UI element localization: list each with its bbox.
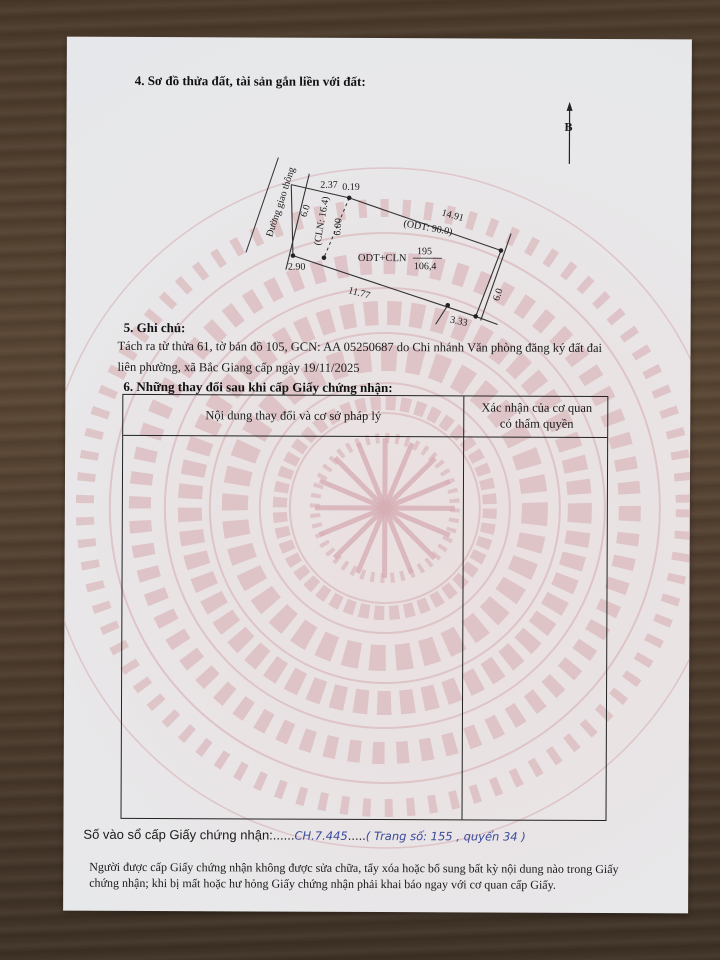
zone-odt: (ODT: 90.0) xyxy=(403,218,454,238)
note-line-2: liên phường, xã Bắc Giang cấp ngày 19/11… xyxy=(117,360,359,376)
column-header-confirmation-line-1: Xác nhận của cơ quan xyxy=(464,399,609,416)
dim-inner-split: 6.00 xyxy=(332,218,345,236)
dim-right-edge: 6.0 xyxy=(491,287,505,302)
north-label: B xyxy=(564,120,572,134)
dim-top-long: 14.91 xyxy=(440,208,465,225)
handwritten-page-book: ( Trang số: 155 , quyển 34 ) xyxy=(366,829,526,844)
north-arrow-icon: B xyxy=(564,102,572,164)
dim-bottom-short: 2.90 xyxy=(288,262,306,273)
dots: ...... xyxy=(273,828,295,843)
dim-bottom-long: 11.77 xyxy=(347,285,371,301)
table-header-divider xyxy=(123,435,607,438)
column-header-confirmation-line-2: có thẩm quyền xyxy=(464,415,609,432)
section-5-title: 5. Ghi chú: xyxy=(124,320,186,336)
parcel-area: 106,4 xyxy=(414,261,437,272)
table-column-divider xyxy=(461,396,464,819)
registration-number-line: Số vào sổ cấp Giấy chứng nhận:......CH.7… xyxy=(83,827,525,844)
land-certificate-page: 4. Sơ đồ thửa đất, tài sản gắn liền với … xyxy=(63,37,692,914)
note-line-1: Tách ra từ thửa 61, tờ bản đồ 105, GCN: … xyxy=(118,339,603,356)
zone-cln: (CLN: 16.4) xyxy=(312,196,332,247)
footer-warning-note: Người được cấp Giấy chứng nhận không đượ… xyxy=(89,859,649,893)
changes-table: Nội dung thay đổi và cơ sở pháp lý Xác n… xyxy=(120,394,608,821)
dots: ..... xyxy=(348,828,366,843)
dim-bottom-right: 3.33 xyxy=(449,314,468,328)
dim-top-short-2: 0.19 xyxy=(342,182,360,193)
parcel-label: ODT+CLN xyxy=(358,253,407,264)
column-header-content: Nội dung thay đổi và cơ sở pháp lý xyxy=(123,407,463,424)
handwritten-registration-number: CH.7.445 xyxy=(294,829,347,843)
registration-label: Số vào sổ cấp Giấy chứng nhận: xyxy=(83,827,272,843)
land-plot-diagram: B Đường giao thông 6.0 xyxy=(236,87,607,339)
parcel-number: 195 xyxy=(417,246,432,257)
dim-top-short-1: 2.37 xyxy=(320,180,338,191)
